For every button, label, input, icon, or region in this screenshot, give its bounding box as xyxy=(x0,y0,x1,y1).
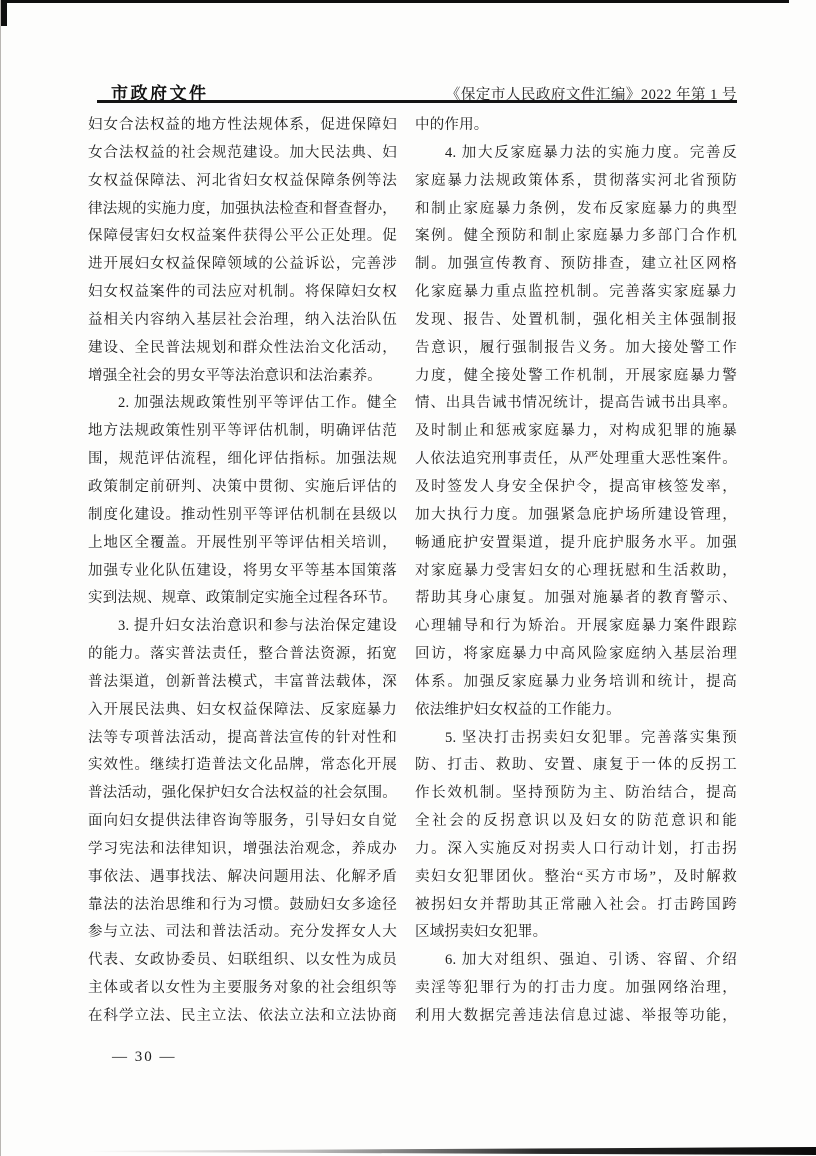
text-line: 3. 提升妇女法治意识和参与法治保定建设 xyxy=(88,613,397,641)
text-line: 作长效机制。坚持预防为主、防治结合，提高 xyxy=(415,780,737,808)
text-line: 益相关内容纳入基层社会治理，纳入法治队伍 xyxy=(88,307,397,335)
text-line: 及时制止和惩戒家庭暴力，对构成犯罪的施暴 xyxy=(415,418,737,446)
text-line: 法等专项普法活动，提高普法宣传的针对性和 xyxy=(88,725,397,753)
text-line: 4. 加大反家庭暴力法的实施力度。完善反 xyxy=(415,140,737,168)
text-line: 进开展妇女权益保障领域的公益诉讼，完善涉 xyxy=(88,251,397,279)
text-line: 和制止家庭暴力条例，发布反家庭暴力的典型 xyxy=(415,196,737,224)
text-line: 力度，健全接处警工作机制，开展家庭暴力警 xyxy=(415,363,737,391)
text-line: 制。加强宣传教育、预防排查，建立社区网格 xyxy=(415,251,737,279)
text-line: 被拐妇女并帮助其正常融入社会。打击跨国跨 xyxy=(415,892,737,920)
text-line: 发现、报告、处置机制，强化相关主体强制报 xyxy=(415,307,737,335)
text-line: 化家庭暴力重点监控机制。完善落实家庭暴力 xyxy=(415,279,737,307)
text-line: 依法维护妇女权益的工作能力。 xyxy=(415,697,737,725)
text-line: 实到法规、规章、政策制定实施全过程各环节。 xyxy=(88,585,397,613)
text-line: 学习宪法和法律知识，增强法治观念，养成办 xyxy=(88,836,397,864)
text-line: 面向妇女提供法律咨询等服务，引导妇女自觉 xyxy=(88,808,397,836)
text-line: 区域拐卖妇女犯罪。 xyxy=(415,919,737,947)
text-line: 5. 坚决打击拐卖妇女犯罪。完善落实集预 xyxy=(415,725,737,753)
text-line: 及时签发人身安全保护令，提高审核签发率， xyxy=(415,474,737,502)
text-line: 家庭暴力法规政策体系，贯彻落实河北省预防 xyxy=(415,168,737,196)
text-line: 力。深入实施反对拐卖人口行动计划，打击拐 xyxy=(415,836,737,864)
scan-artifact-top-line xyxy=(0,0,789,3)
text-line: 人依法追究刑事责任，从严处理重大恶性案件。 xyxy=(415,446,737,474)
text-line: 案例。健全预防和制止家庭暴力多部门合作机 xyxy=(415,223,737,251)
text-line: 政策制定前研判、决策中贯彻、实施后评估的 xyxy=(88,474,397,502)
text-line: 建设、全民普法规划和群众性法治文化活动， xyxy=(88,335,397,363)
text-line: 在科学立法、民主立法、依法立法和立法协商 xyxy=(88,1003,397,1031)
text-line: 情、出具告诫书情况统计，提高告诫书出具率。 xyxy=(415,390,737,418)
text-line: 实效性。继续打造普法文化品牌，常态化开展 xyxy=(88,752,397,780)
scan-artifact-corner-blob xyxy=(0,0,7,26)
text-line: 上地区全覆盖。开展性别平等评估相关培训， xyxy=(88,530,397,558)
text-line: 女合法权益的社会规范建设。加大民法典、妇 xyxy=(88,140,397,168)
text-line: 入开展民法典、妇女权益保障法、反家庭暴力 xyxy=(88,697,397,725)
text-line: 代表、女政协委员、妇联组织、以女性为成员 xyxy=(88,947,397,975)
left-text-column: 妇女合法权益的地方性法规体系，促进保障妇女合法权益的社会规范建设。加大民法典、妇… xyxy=(88,112,397,1031)
text-line: 卖淫等犯罪行为的打击力度。加强网络治理， xyxy=(415,975,737,1003)
scan-artifact-left-edge xyxy=(0,0,1,1156)
text-line: 制度化建设。推动性别平等评估机制在县级以 xyxy=(88,502,397,530)
text-line: 妇女合法权益的地方性法规体系，促进保障妇 xyxy=(88,112,397,140)
text-line: 利用大数据完善违法信息过滤、举报等功能， xyxy=(415,1003,737,1031)
text-line: 主体或者以女性为主要服务对象的社会组织等 xyxy=(88,975,397,1003)
text-line: 女权益保障法、河北省妇女权益保障条例等法 xyxy=(88,168,397,196)
text-line: 事依法、遇事找法、解决问题用法、化解矛盾 xyxy=(88,864,397,892)
text-line: 防、打击、救助、安置、康复于一体的反拐工 xyxy=(415,752,737,780)
text-line: 中的作用。 xyxy=(415,112,737,140)
scan-artifact-bottom-wedge xyxy=(88,1147,816,1155)
right-text-column: 中的作用。4. 加大反家庭暴力法的实施力度。完善反家庭暴力法规政策体系，贯彻落实… xyxy=(415,112,737,1031)
text-line: 回访，将家庭暴力中高风险家庭纳入基层治理 xyxy=(415,641,737,669)
text-line: 参与立法、司法和普法活动。充分发挥女人大 xyxy=(88,919,397,947)
text-line: 加强专业化队伍建设，将男女平等基本国策落 xyxy=(88,558,397,586)
text-line: 增强全社会的男女平等法治意识和法治素养。 xyxy=(88,363,397,391)
text-line: 围，规范评估流程，细化评估指标。加强法规 xyxy=(88,446,397,474)
text-line: 律法规的实施力度，加强执法检查和督查督办， xyxy=(88,196,397,224)
text-line: 2. 加强法规政策性别平等评估工作。健全 xyxy=(88,390,397,418)
text-line: 的能力。落实普法责任，整合普法资源，拓宽 xyxy=(88,641,397,669)
text-line: 卖妇女犯罪团伙。整治“买方市场”，及时解救 xyxy=(415,864,737,892)
text-line: 靠法的法治思维和行为习惯。鼓励妇女多途径 xyxy=(88,892,397,920)
text-line: 全社会的反拐意识以及妇女的防范意识和能 xyxy=(415,808,737,836)
text-line: 体系。加强反家庭暴力业务培训和统计，提高 xyxy=(415,669,737,697)
text-line: 6. 加大对组织、强迫、引诱、容留、介绍 xyxy=(415,947,737,975)
text-line: 畅通庇护安置渠道，提升庇护服务水平。加强 xyxy=(415,530,737,558)
text-line: 告意识，履行强制报告义务。加大接处警工作 xyxy=(415,335,737,363)
header-divider-rule xyxy=(97,100,737,103)
document-page: 市政府文件 《保定市人民政府文件汇编》2022 年第 1 号 妇女合法权益的地方… xyxy=(0,0,816,1156)
text-line: 地方法规政策性别平等评估机制，明确评估范 xyxy=(88,418,397,446)
text-line: 加大执行力度。加强紧急庇护场所建设管理， xyxy=(415,502,737,530)
text-line: 普法活动，强化保护妇女合法权益的社会氛围。 xyxy=(88,780,397,808)
text-line: 对家庭暴力受害妇女的心理抚慰和生活救助， xyxy=(415,558,737,586)
text-line: 妇女权益案件的司法应对机制。将保障妇女权 xyxy=(88,279,397,307)
text-line: 普法渠道，创新普法模式，丰富普法载体，深 xyxy=(88,669,397,697)
text-line: 保障侵害妇女权益案件获得公平公正处理。促 xyxy=(88,223,397,251)
text-line: 帮助其身心康复。加强对施暴者的教育警示、 xyxy=(415,585,737,613)
text-line: 心理辅导和行为矫治。开展家庭暴力案件跟踪 xyxy=(415,613,737,641)
page-number: — 30 — xyxy=(112,1049,177,1066)
